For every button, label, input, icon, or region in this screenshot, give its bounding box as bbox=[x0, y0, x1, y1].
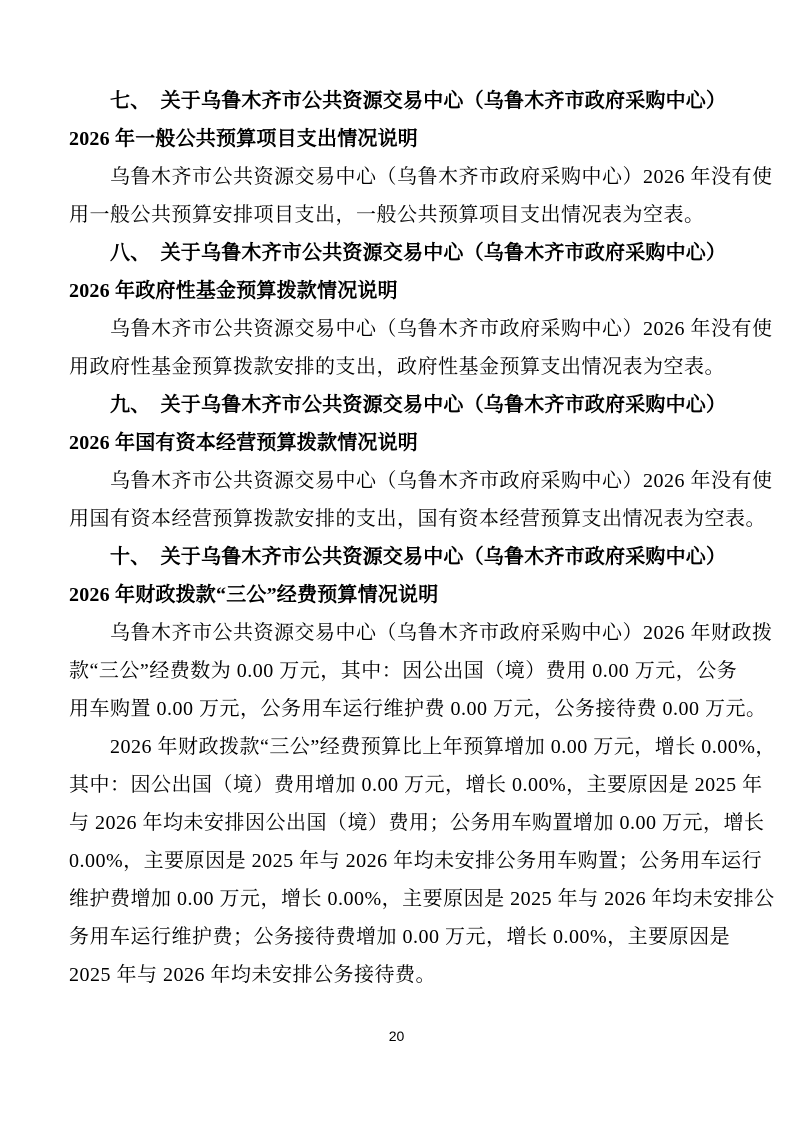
section-10-heading-line-1: 十、 关于乌鲁木齐市公共资源交易中心（乌鲁木齐市政府采购中心） bbox=[69, 538, 724, 576]
section-10-body-line-9: 务用车运行维护费；公务接待费增加 0.00 万元，增长 0.00%，主要原因是 bbox=[69, 918, 724, 956]
section-7-body-line-1: 乌鲁木齐市公共资源交易中心（乌鲁木齐市政府采购中心）2026 年没有使 bbox=[69, 158, 724, 196]
section-8-body-line-1: 乌鲁木齐市公共资源交易中心（乌鲁木齐市政府采购中心）2026 年没有使 bbox=[69, 310, 724, 348]
section-9-heading-line-1: 九、 关于乌鲁木齐市公共资源交易中心（乌鲁木齐市政府采购中心） bbox=[69, 386, 724, 424]
section-10-body-line-3: 用车购置 0.00 万元，公务用车运行维护费 0.00 万元，公务接待费 0.0… bbox=[69, 690, 724, 728]
section-9-body-line-2: 用国有资本经营预算拨款安排的支出，国有资本经营预算支出情况表为空表。 bbox=[69, 500, 724, 538]
section-10-body-line-8: 维护费增加 0.00 万元，增长 0.00%，主要原因是 2025 年与 202… bbox=[69, 880, 724, 918]
section-7-heading-line-2: 2026 年一般公共预算项目支出情况说明 bbox=[69, 120, 724, 158]
section-10-body-line-1: 乌鲁木齐市公共资源交易中心（乌鲁木齐市政府采购中心）2026 年财政拨 bbox=[69, 614, 724, 652]
section-9-body-line-1: 乌鲁木齐市公共资源交易中心（乌鲁木齐市政府采购中心）2026 年没有使 bbox=[69, 462, 724, 500]
section-7-body-line-2: 用一般公共预算安排项目支出，一般公共预算项目支出情况表为空表。 bbox=[69, 196, 724, 234]
page-number: 20 bbox=[0, 1028, 793, 1044]
section-10-body-line-5: 其中：因公出国（境）费用增加 0.00 万元，增长 0.00%，主要原因是 20… bbox=[69, 766, 724, 804]
document-page: 七、 关于乌鲁木齐市公共资源交易中心（乌鲁木齐市政府采购中心） 2026 年一般… bbox=[0, 0, 793, 1122]
section-10-body-line-4: 2026 年财政拨款“三公”经费预算比上年预算增加 0.00 万元，增长 0.0… bbox=[69, 728, 724, 766]
section-8-heading-line-2: 2026 年政府性基金预算拨款情况说明 bbox=[69, 272, 724, 310]
document-content: 七、 关于乌鲁木齐市公共资源交易中心（乌鲁木齐市政府采购中心） 2026 年一般… bbox=[69, 82, 724, 994]
section-10-heading-line-2: 2026 年财政拨款“三公”经费预算情况说明 bbox=[69, 576, 724, 614]
section-10-body-line-10: 2025 年与 2026 年均未安排公务接待费。 bbox=[69, 956, 724, 994]
section-7-heading-line-1: 七、 关于乌鲁木齐市公共资源交易中心（乌鲁木齐市政府采购中心） bbox=[69, 82, 724, 120]
section-8-heading-line-1: 八、 关于乌鲁木齐市公共资源交易中心（乌鲁木齐市政府采购中心） bbox=[69, 234, 724, 272]
section-10-body-line-7: 0.00%，主要原因是 2025 年与 2026 年均未安排公务用车购置；公务用… bbox=[69, 842, 724, 880]
section-10-body-line-2: 款“三公”经费数为 0.00 万元，其中：因公出国（境）费用 0.00 万元，公… bbox=[69, 652, 724, 690]
section-9-heading-line-2: 2026 年国有资本经营预算拨款情况说明 bbox=[69, 424, 724, 462]
section-10-body-line-6: 与 2026 年均未安排因公出国（境）费用；公务用车购置增加 0.00 万元，增… bbox=[69, 804, 724, 842]
section-8-body-line-2: 用政府性基金预算拨款安排的支出，政府性基金预算支出情况表为空表。 bbox=[69, 348, 724, 386]
